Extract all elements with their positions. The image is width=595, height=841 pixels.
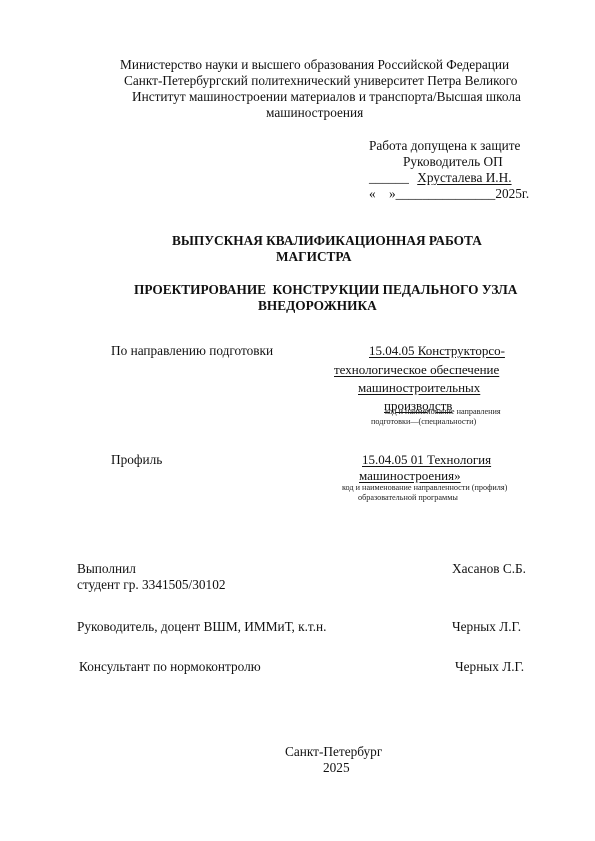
institute-line: Институт машиностроении материалов и тра… [132, 89, 521, 105]
approval-date-line: « »_______________2025г. [369, 186, 529, 202]
direction-value-line2: технологическое обеспечение [334, 360, 499, 379]
program-head-label: Руководитель ОП [403, 154, 503, 170]
city: Санкт-Петербург [285, 744, 382, 760]
profile-label: Профиль [111, 452, 162, 468]
work-type-line1: ВЫПУСКНАЯ КВАЛИФИКАЦИОННАЯ РАБОТА [172, 233, 482, 249]
direction-value-line3: машиностроительных [358, 378, 480, 397]
performer-name: Хасанов С.Б. [452, 561, 526, 577]
ministry-line: Министерство науки и высшего образования… [120, 57, 509, 73]
approval-year: 2025г. [495, 186, 529, 201]
performer-group: студент гр. 3341505/30102 [77, 577, 226, 593]
profile-caption-line1: код и наименование направленности (профи… [342, 483, 507, 493]
school-line: машиностроения [266, 105, 363, 121]
university-line: Санкт-Петербургский политехнический унив… [124, 73, 517, 89]
consultant-name: Черных Л.Г. [455, 659, 524, 675]
date-blank: _______________ [396, 186, 496, 201]
title-page: Министерство науки и высшего образования… [0, 0, 595, 841]
topic-line1: ПРОЕКТИРОВАНИЕ КОНСТРУКЦИИ ПЕДАЛЬНОГО УЗ… [134, 282, 517, 298]
footer-year: 2025 [323, 760, 350, 776]
direction-caption-line2: подготовки—(специальности) [371, 417, 476, 427]
supervisor-signature-line: ______ Хрусталева И.Н. [369, 170, 512, 186]
supervisor-name: Черных Л.Г. [452, 619, 521, 635]
program-head-name: Хрусталева И.Н. [417, 170, 511, 185]
topic-line2: ВНЕДОРОЖНИКА [258, 298, 377, 314]
direction-value-line1: 15.04.05 Конструкторсо- [369, 341, 505, 360]
consultant-label: Консультант по нормоконтролю [79, 659, 261, 675]
signature-blank: ______ [369, 170, 409, 185]
date-quotes: « » [369, 186, 396, 201]
work-type-line2: МАГИСТРА [276, 249, 351, 265]
direction-caption-line1: код и наименование направления [385, 407, 501, 417]
profile-caption-line2: образовательной программы [358, 493, 458, 503]
direction-label: По направлению подготовки [111, 343, 273, 359]
approval-line: Работа допущена к защите [369, 138, 520, 154]
supervisor-label: Руководитель, доцент ВШМ, ИММиТ, к.т.н. [77, 619, 326, 635]
performer-label: Выполнил [77, 561, 136, 577]
